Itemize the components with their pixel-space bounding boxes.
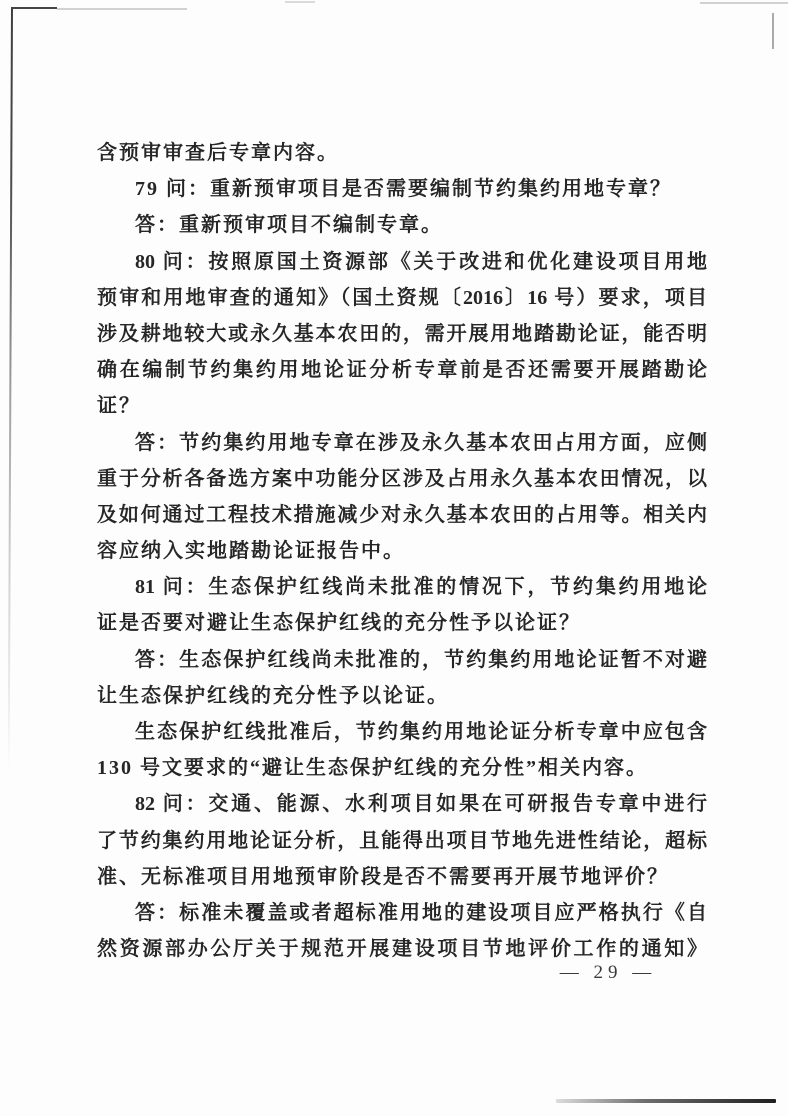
text-line: 130 号文要求的“避让生态保护红线的充分性”相关内容。 <box>97 750 707 786</box>
text-line: 答：节约集约用地专章在涉及永久基本农田占用方面，应侧 <box>97 425 707 461</box>
scan-artifact-top-right <box>700 2 788 4</box>
text-line: 含预审审查后专章内容。 <box>97 135 707 171</box>
text-line: 生态保护红线批准后，节约集约用地论证分析专章中应包含 <box>97 714 707 750</box>
scan-border-top-fade <box>57 8 187 10</box>
text-line: 80 问：按照原国土资源部《关于改进和优化建设项目用地 <box>97 244 707 280</box>
page-number: — 29 — <box>538 962 678 984</box>
footer-rule-line <box>556 1099 776 1103</box>
scan-artifact-top-middle <box>285 1 315 3</box>
text-line: 了节约集约用地论证分析，且能得出项目节地先进性结论，超标 <box>97 823 707 859</box>
document-text-block: 含预审审查后专章内容。79 问：重新预审项目是否需要编制节约集约用地专章？答：重… <box>97 135 707 967</box>
scan-artifact-right-tick <box>772 13 774 49</box>
scanned-document-page: 含预审审查后专章内容。79 问：重新预审项目是否需要编制节约集约用地专章？答：重… <box>0 0 788 1116</box>
text-line: 82 问：交通、能源、水利项目如果在可研报告专章中进行 <box>97 786 707 822</box>
text-line: 预审和用地审查的通知》（国土资规〔2016〕16 号）要求，项目 <box>97 280 707 316</box>
scan-border-top-line <box>11 7 57 9</box>
text-line: 让生态保护红线的充分性予以论证。 <box>97 678 707 714</box>
text-line: 证？ <box>97 388 707 424</box>
text-line: 79 问：重新预审项目是否需要编制节约集约用地专章？ <box>97 171 707 207</box>
scan-border-left-line <box>8 7 13 775</box>
text-line: 答：标准未覆盖或者超标准用地的建设项目应严格执行《自 <box>97 895 707 931</box>
text-line: 证是否要对避让生态保护红线的充分性予以论证？ <box>97 605 707 641</box>
text-line: 重于分析各备选方案中功能分区涉及占用永久基本农田情况，以 <box>97 461 707 497</box>
text-line: 确在编制节约集约用地论证分析专章前是否还需要开展踏勘论 <box>97 352 707 388</box>
text-line: 涉及耕地较大或永久基本农田的，需开展用地踏勘论证，能否明 <box>97 316 707 352</box>
text-line: 答：生态保护红线尚未批准的，节约集约用地论证暂不对避 <box>97 642 707 678</box>
text-line: 容应纳入实地踏勘论证报告中。 <box>97 533 707 569</box>
text-line: 81 问：生态保护红线尚未批准的情况下，节约集约用地论 <box>97 569 707 605</box>
text-line: 及如何通过工程技术措施减少对永久基本农田的占用等。相关内 <box>97 497 707 533</box>
text-line: 答：重新预审项目不编制专章。 <box>97 207 707 243</box>
text-line: 准、无标准项目用地预审阶段是否不需要再开展节地评价？ <box>97 859 707 895</box>
